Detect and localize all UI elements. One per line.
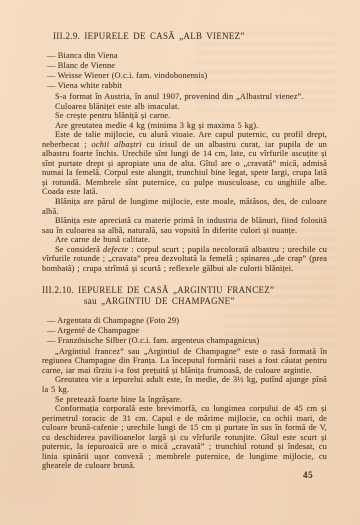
paragraph-body-description: Conformația corporală este brevimorfă, c… [42,404,327,471]
paragraph-body-description: Este de talie mijlocie, cu alură vioaie.… [42,130,327,197]
synonym-item: — Blanc de Vienne [42,61,327,71]
breed-synonym-list: — Bianca din Viena — Blanc de Vienne — W… [42,51,327,91]
synonym-item: — Bianca din Viena [42,51,327,61]
section-heading-line-2: sau „ARGINTIU DE CHAMPAGNE” [84,296,327,307]
paragraph-origin: „Argintiul francez” sau „Argintiul de Ch… [42,347,327,376]
section-heading-iii-2-9: III.2.9. IEPURELE DE CASĂ „ALB VIENEZ” [53,31,327,42]
synonym-item: — Viena white rabbit [42,81,327,91]
synonym-item: — Argentata di Champagne (Foto 29) [42,316,327,326]
paragraph-purpose: Se crește pentru blăniță și carne. [42,111,327,121]
synonym-item: — Argenté de Champagne [42,326,327,336]
section-heading-iii-2-10: III.2.10. IEPURELE DE CASĂ „ARGINTIU FRA… [42,285,327,306]
synonym-item: — Weisse Wiener (O.c.i. fam. vindobonens… [42,71,327,81]
defects-text: Se consideră [55,245,103,254]
synonym-item: — Französische Silber (O.c.i. fam. argen… [42,336,327,346]
paragraph-fur-color: Culoarea blăniței este alb imaculat. [42,102,327,112]
section-heading-line-1: III.2.10. IEPURELE DE CASĂ „ARGINTIU FRA… [42,285,327,296]
paragraph-meat: Are carne de bună calitate. [42,235,327,245]
page-content: III.2.9. IEPURELE DE CASĂ „ALB VIENEZ” —… [0,0,360,471]
paragraph-weight: Greutatea vie a iepurelui adult este, în… [42,375,327,394]
body-description-italic: ochii albaștri [91,140,141,149]
paragraph-weight: Are greutatea medie 4 kg (minima 3 kg și… [42,121,327,131]
page-number: 45 [303,470,313,480]
paragraph-fattening: Se pretează foarte bine la îngrășare. [42,395,327,405]
defects-italic: defecte [103,245,128,254]
paragraph-defects: Se consideră defecte : corpul scurt ; pu… [42,245,327,274]
paragraph-origin: S-a format în Austria, în anul 1907, pro… [42,92,327,102]
breed-synonym-list: — Argentata di Champagne (Foto 29) — Arg… [42,316,327,346]
paragraph-fur-industry: Blănița este apreciată ca materie primă … [42,216,327,235]
paragraph-fur-quality: Blănița are părul de lungime mijlocie, e… [42,197,327,216]
scanned-book-page: III.2.9. IEPURELE DE CASĂ „ALB VIENEZ” —… [0,0,360,525]
